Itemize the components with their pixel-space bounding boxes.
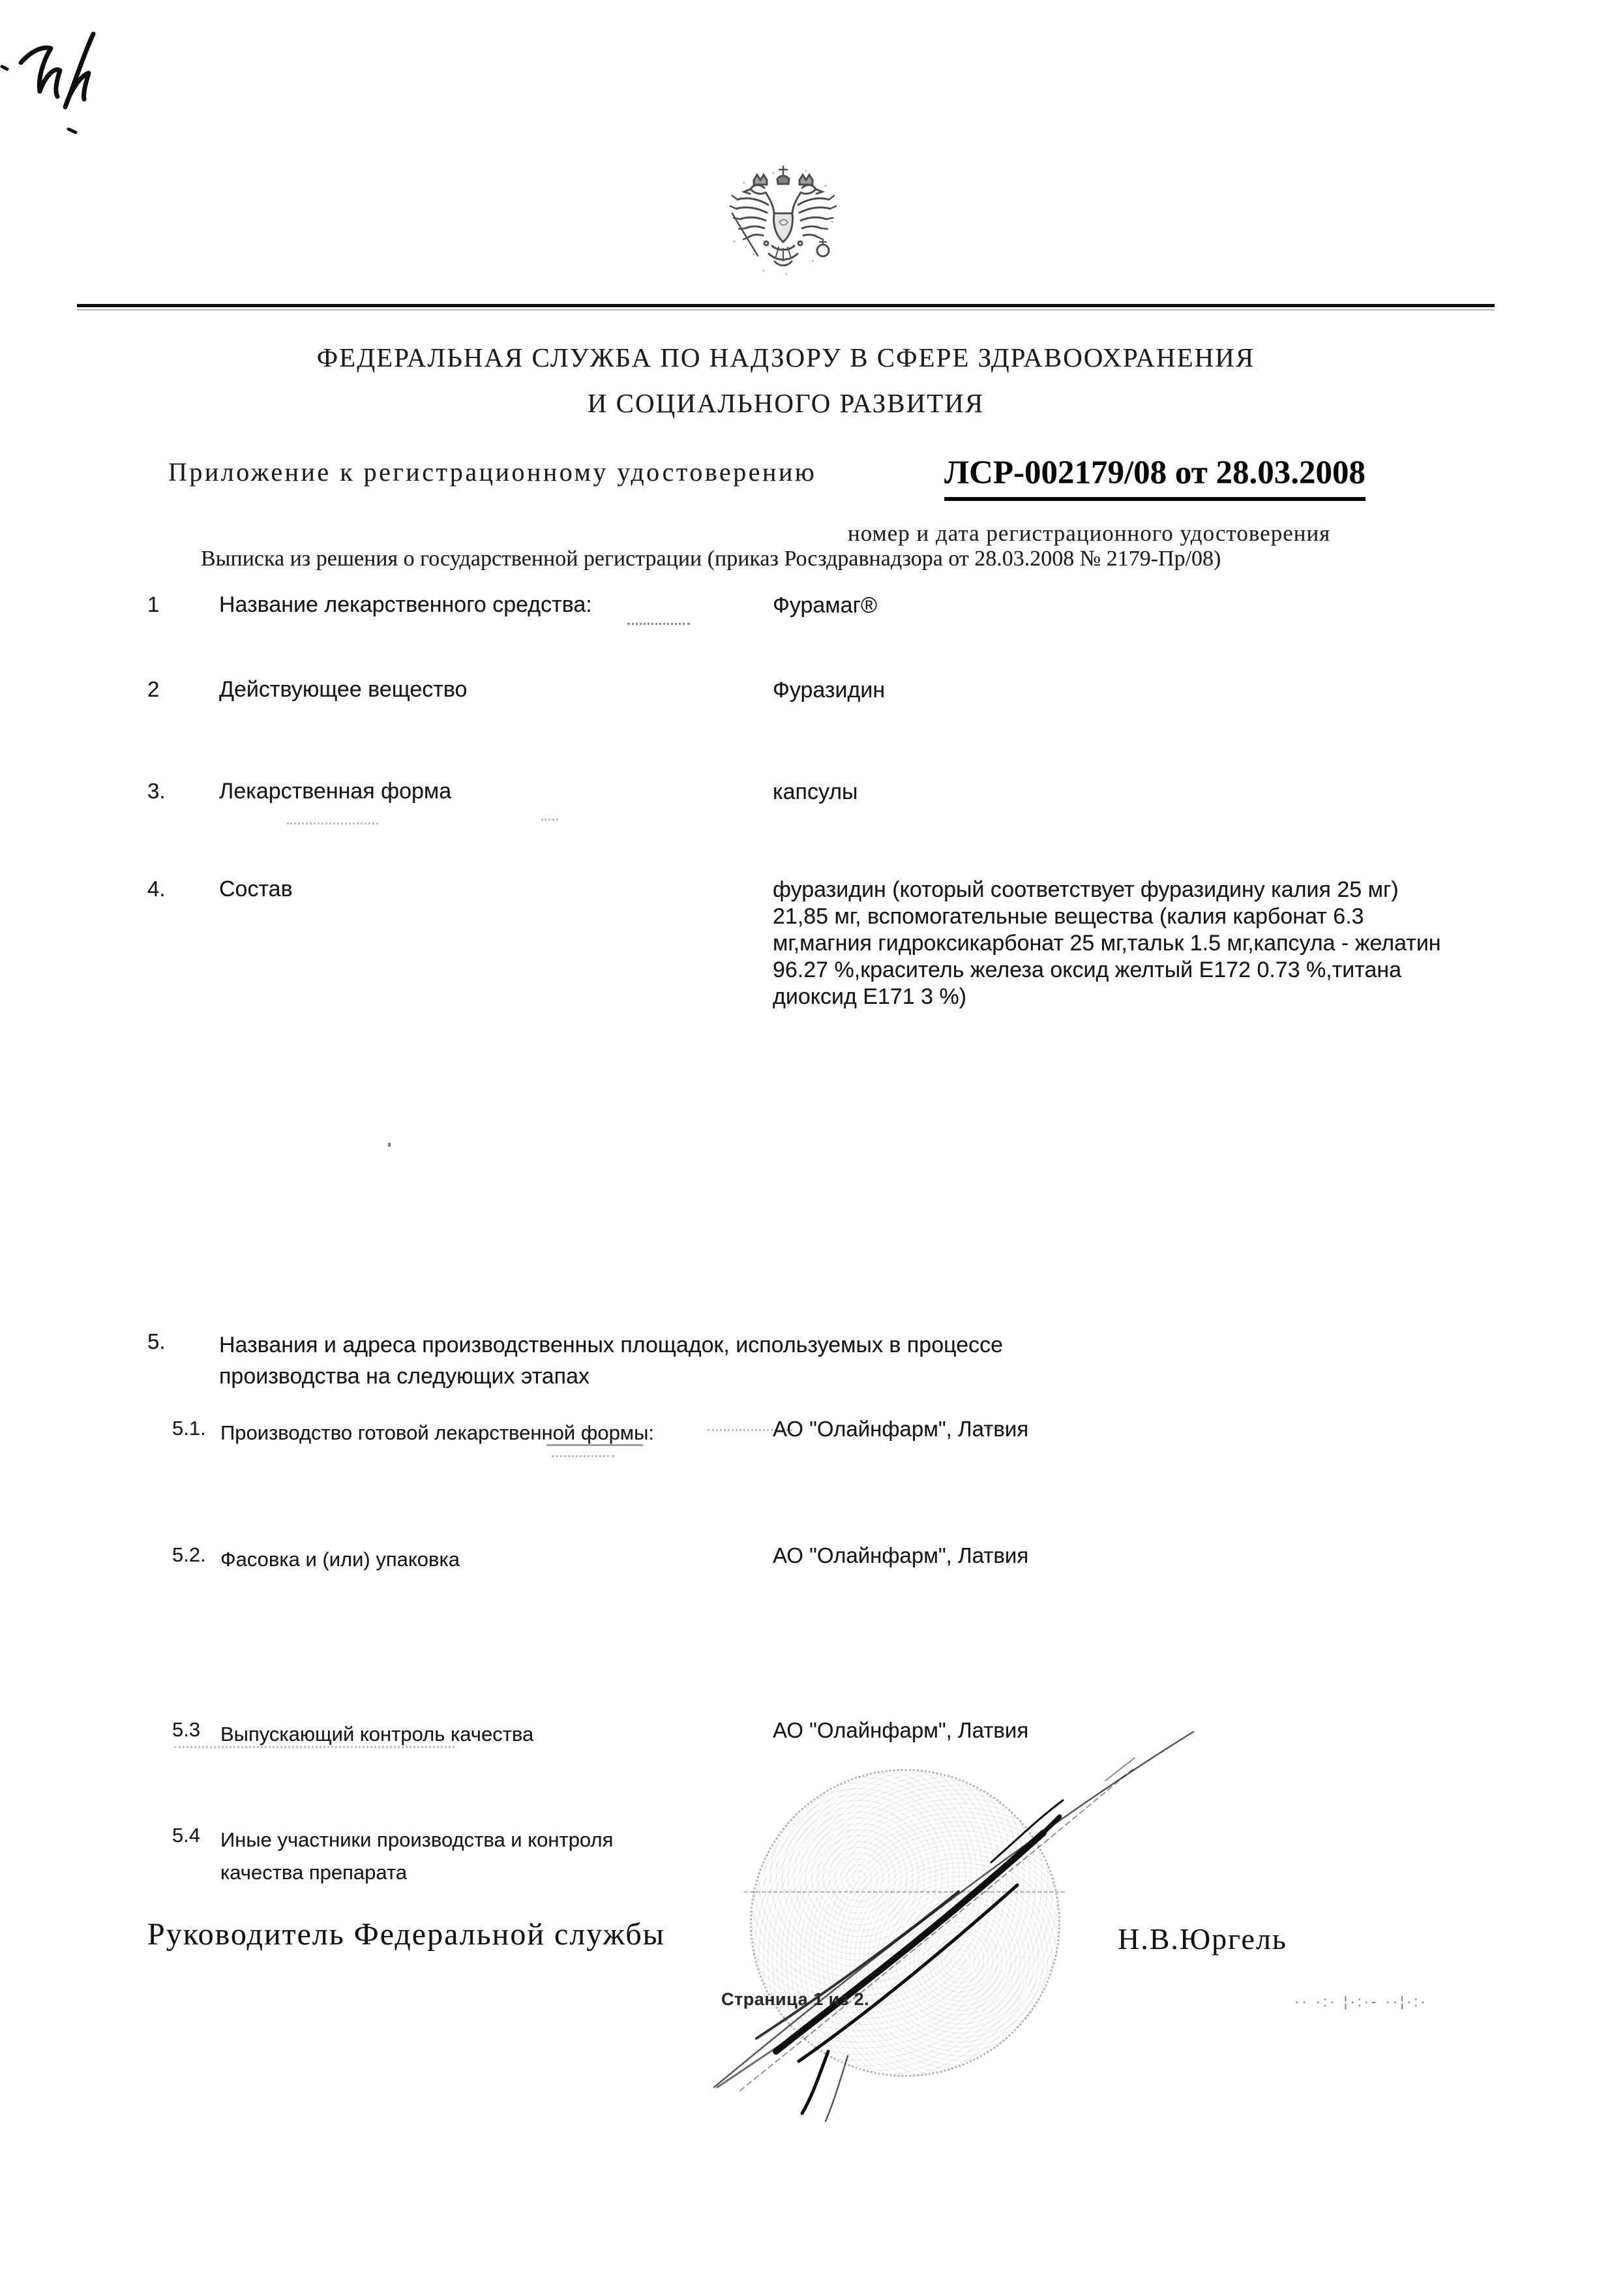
agency-title-line1: ФЕДЕРАЛЬНАЯ СЛУЖБА ПО НАДЗОРУ В СФЕРЕ ЗД… [78, 342, 1493, 373]
signer-name: Н.В.Юргель [1118, 1922, 1287, 1956]
attachment-label: Приложение к регистрационному удостовере… [168, 457, 816, 487]
scan-artifact-dots [552, 1453, 614, 1457]
scanned-page: ФЕДЕРАЛЬНАЯ СЛУЖБА ПО НАДЗОРУ В СФЕРЕ ЗД… [0, 0, 1612, 2296]
field-number: 3. [147, 779, 166, 804]
subfield-number: 5.4 [172, 1824, 200, 1847]
signer-title: Руководитель Федеральной службы [147, 1916, 665, 1952]
field-value: фуразидин (который соответствует фуразид… [773, 877, 1441, 1010]
subfield-label: Фасовка и (или) упаковка [220, 1543, 460, 1576]
field-label: Состав [219, 877, 293, 902]
header-divider [77, 304, 1495, 307]
scan-artifact-dots [541, 817, 558, 821]
scan-artifact-speck [388, 1143, 391, 1147]
scan-artifact-underline [546, 1444, 643, 1446]
field-label: Лекарственная форма [219, 779, 451, 804]
page-number-note: Страница 1 из 2. [721, 1989, 869, 2010]
field-value: Фурамаг® [773, 592, 1441, 619]
field-number: 1 [147, 592, 159, 617]
subfield-label: Иные участники производства и контроля к… [220, 1824, 625, 1889]
subfield-number: 5.2. [172, 1543, 206, 1567]
field-label: Действующее вещество [219, 677, 467, 702]
extract-line: Выписка из решения о государственной рег… [201, 547, 1221, 571]
subfield-value: АО "Олайнфарм", Латвия [773, 1543, 1028, 1568]
field-number: 5. [147, 1329, 166, 1354]
field-value: Фуразидин [773, 677, 1441, 704]
field-number: 2 [147, 677, 159, 702]
field-value: капсулы [773, 779, 1441, 806]
coat-of-arms-eagle-icon [728, 163, 839, 282]
field-number: 4. [147, 877, 166, 901]
field-label: Название лекарственного средства: [219, 592, 592, 618]
scan-artifact-dots [174, 1744, 455, 1748]
subfield-number: 5.1. [172, 1417, 206, 1440]
subfield-number: 5.3 [172, 1718, 200, 1742]
field-label: Названия и адреса производственных площа… [219, 1329, 1073, 1392]
handwritten-mark-icon [0, 18, 137, 155]
subfield-value: АО "Олайнфарм", Латвия [773, 1417, 1028, 1442]
registration-number: ЛСР-002179/08 от 28.03.2008 [944, 454, 1366, 501]
signature-icon [678, 1670, 1213, 2139]
agency-title-line2: И СОЦИАЛЬНОГО РАЗВИТИЯ [78, 387, 1493, 419]
document-sheet: ФЕДЕРАЛЬНАЯ СЛУЖБА ПО НАДЗОРУ В СФЕРЕ ЗД… [0, 0, 1612, 2296]
scan-artifact-dots [287, 821, 378, 824]
scan-artifact-dots [627, 621, 690, 625]
registration-number-caption: номер и дата регистрационного удостовере… [848, 521, 1330, 547]
scan-artifact-faint-text: ·· ·:· ¦·:·- ··¦·:· [1294, 1993, 1428, 2010]
header-divider-echo [77, 309, 1495, 310]
